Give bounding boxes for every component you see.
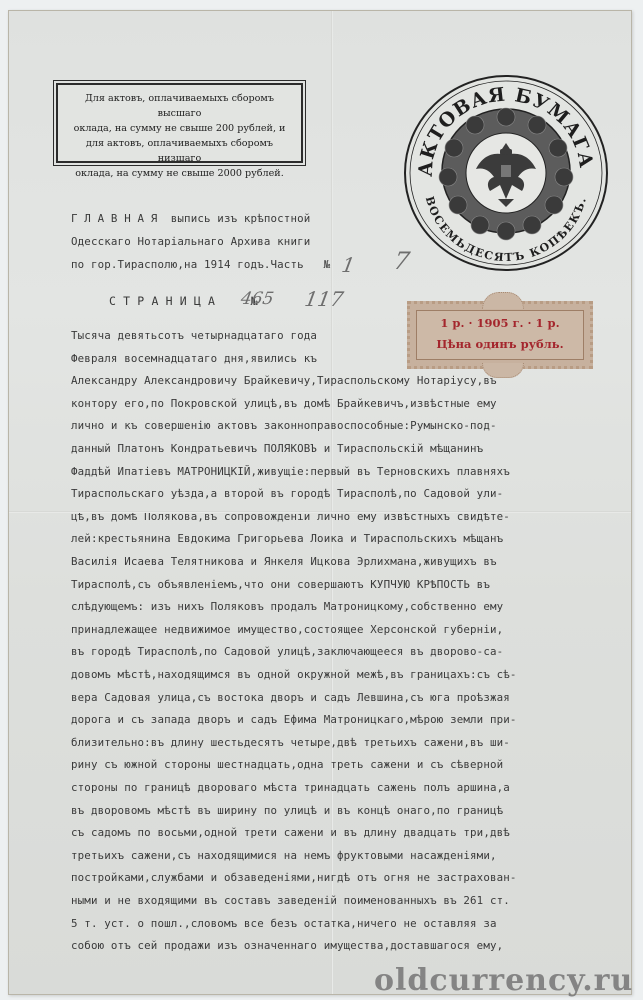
handwritten-page: 465 <box>239 289 275 309</box>
header-line-3: по гор.Тирасполю,на 1914 годъ.Часть № <box>71 258 330 271</box>
body-line: съ садомъ по восьми,одной трети сажени и… <box>71 826 510 839</box>
body-line: 5 т. уст. о пошл.,словомъ все безъ остат… <box>71 917 497 930</box>
seal-graphic: АКТОВАЯ БУМАГА. ВОСЕМЬДЕСЯТЪ КОПѢЕКЪ. <box>402 73 610 273</box>
body-line: дорога и съ запада дворъ и садъ Ефима Ма… <box>71 713 517 726</box>
body-line: вера Садовая улица,съ востока дворъ и са… <box>71 691 510 704</box>
paper-sheet: Для актовъ, оплачиваемыхъ сборомъ высшаг… <box>8 10 632 995</box>
document-photo: Для актовъ, оплачиваемыхъ сборомъ высшаг… <box>0 0 643 1000</box>
notice-line: оклада, на сумму не свыше 200 рублей, и <box>64 121 295 136</box>
notice-line: Для актовъ, оплачиваемыхъ сборомъ высшаг… <box>64 91 295 121</box>
body-line: лично и къ совершенію актовъ законноправ… <box>71 419 497 432</box>
stamp-value-line: 1 р. · 1905 г. · 1 р. <box>417 313 583 334</box>
body-line: довомъ мѣстѣ,находящимся въ одной окружн… <box>71 668 517 681</box>
stamp-top-ornament <box>482 292 524 309</box>
page-label: С Т Р А Н И Ц А № <box>109 294 258 308</box>
body-line: рину съ южной стороны шестнадцать,одна т… <box>71 758 503 771</box>
body-line: Александру Александровичу Брайкевичу,Тир… <box>71 374 497 387</box>
body-line: данный Платонъ Кондратьевичъ ПОЛЯКОВЪ и … <box>71 442 483 455</box>
revenue-stamp: 1 р. · 1905 г. · 1 р. Цѣна одинъ рубль. <box>407 301 593 369</box>
body-line: лей:крестьянина Евдокима Григорьева Лоик… <box>71 532 503 545</box>
notice-line: для актовъ, оплачиваемыхъ сборомъ низшаг… <box>64 136 295 166</box>
body-line: Тираспольскаго уѣзда,а второй въ городѣ … <box>71 487 503 500</box>
header-line-2: Одесскаго Нотаріальнаго Архива книги <box>71 235 310 248</box>
body-line: принадлежащее недвижимое имущество,состо… <box>71 623 503 636</box>
body-line: постройками,службами и обзаведеніями,ниг… <box>71 871 517 884</box>
body-line: близительно:въ длину шестьдесятъ четыре,… <box>71 736 510 749</box>
handwritten-page-number: 117 <box>303 287 345 311</box>
body-line: ными и не входящими въ составъ заведеній… <box>71 894 510 907</box>
header-line-1: Г Л А В Н А Я выпись изъ крѣпостной <box>71 212 310 225</box>
body-line: Тысяча девятьсотъ четырнадцатаго года <box>71 329 317 342</box>
stamp-seal: АКТОВАЯ БУМАГА. ВОСЕМЬДЕСЯТЪ КОПѢЕКЪ. <box>402 73 610 273</box>
body-line: собою отъ сей продажи изъ означеннаго им… <box>71 939 503 952</box>
stamp-price-line: Цѣна одинъ рубль. <box>417 334 583 355</box>
notice-box: Для актовъ, оплачиваемыхъ сборомъ высшаг… <box>56 83 303 163</box>
body-line: третьихъ сажени,съ находящимися на немъ … <box>71 849 497 862</box>
watermark: oldcurrency.ru <box>374 963 633 998</box>
body-line: Василія Исаева Телятникова и Янкеля Ицко… <box>71 555 497 568</box>
body-line: стороны по границѣ двороваго мѣста трина… <box>71 781 510 794</box>
body-line: въ городѣ Тирасполѣ,по Садовой улицѣ,зак… <box>71 645 503 658</box>
notice-line: оклада, на сумму не свыше 2000 рублей. <box>64 166 295 181</box>
body-line: Февраля восемнадцатаго дня,явились къ <box>71 352 317 365</box>
body-line: слѣдующемъ: изъ нихъ Поляковъ продалъ Ма… <box>71 600 503 613</box>
stamp-inner: 1 р. · 1905 г. · 1 р. Цѣна одинъ рубль. <box>416 310 584 360</box>
body-line: въ дворовомъ мѣстѣ въ ширину по улицѣ и … <box>71 804 503 817</box>
body-line: контору его,по Покровской улицѣ,въ домѣ … <box>71 397 497 410</box>
body-line: Фаддѣй Ипатіевъ МАТРОНИЦКІЙ,живущіе:перв… <box>71 465 510 478</box>
body-line: Тирасполѣ,съ объявленіемъ,что они соверш… <box>71 578 490 591</box>
handwritten-part: 1 <box>340 253 357 277</box>
body-line: цѣ,въ домѣ Полякова,въ сопровожденіи лич… <box>71 510 510 523</box>
